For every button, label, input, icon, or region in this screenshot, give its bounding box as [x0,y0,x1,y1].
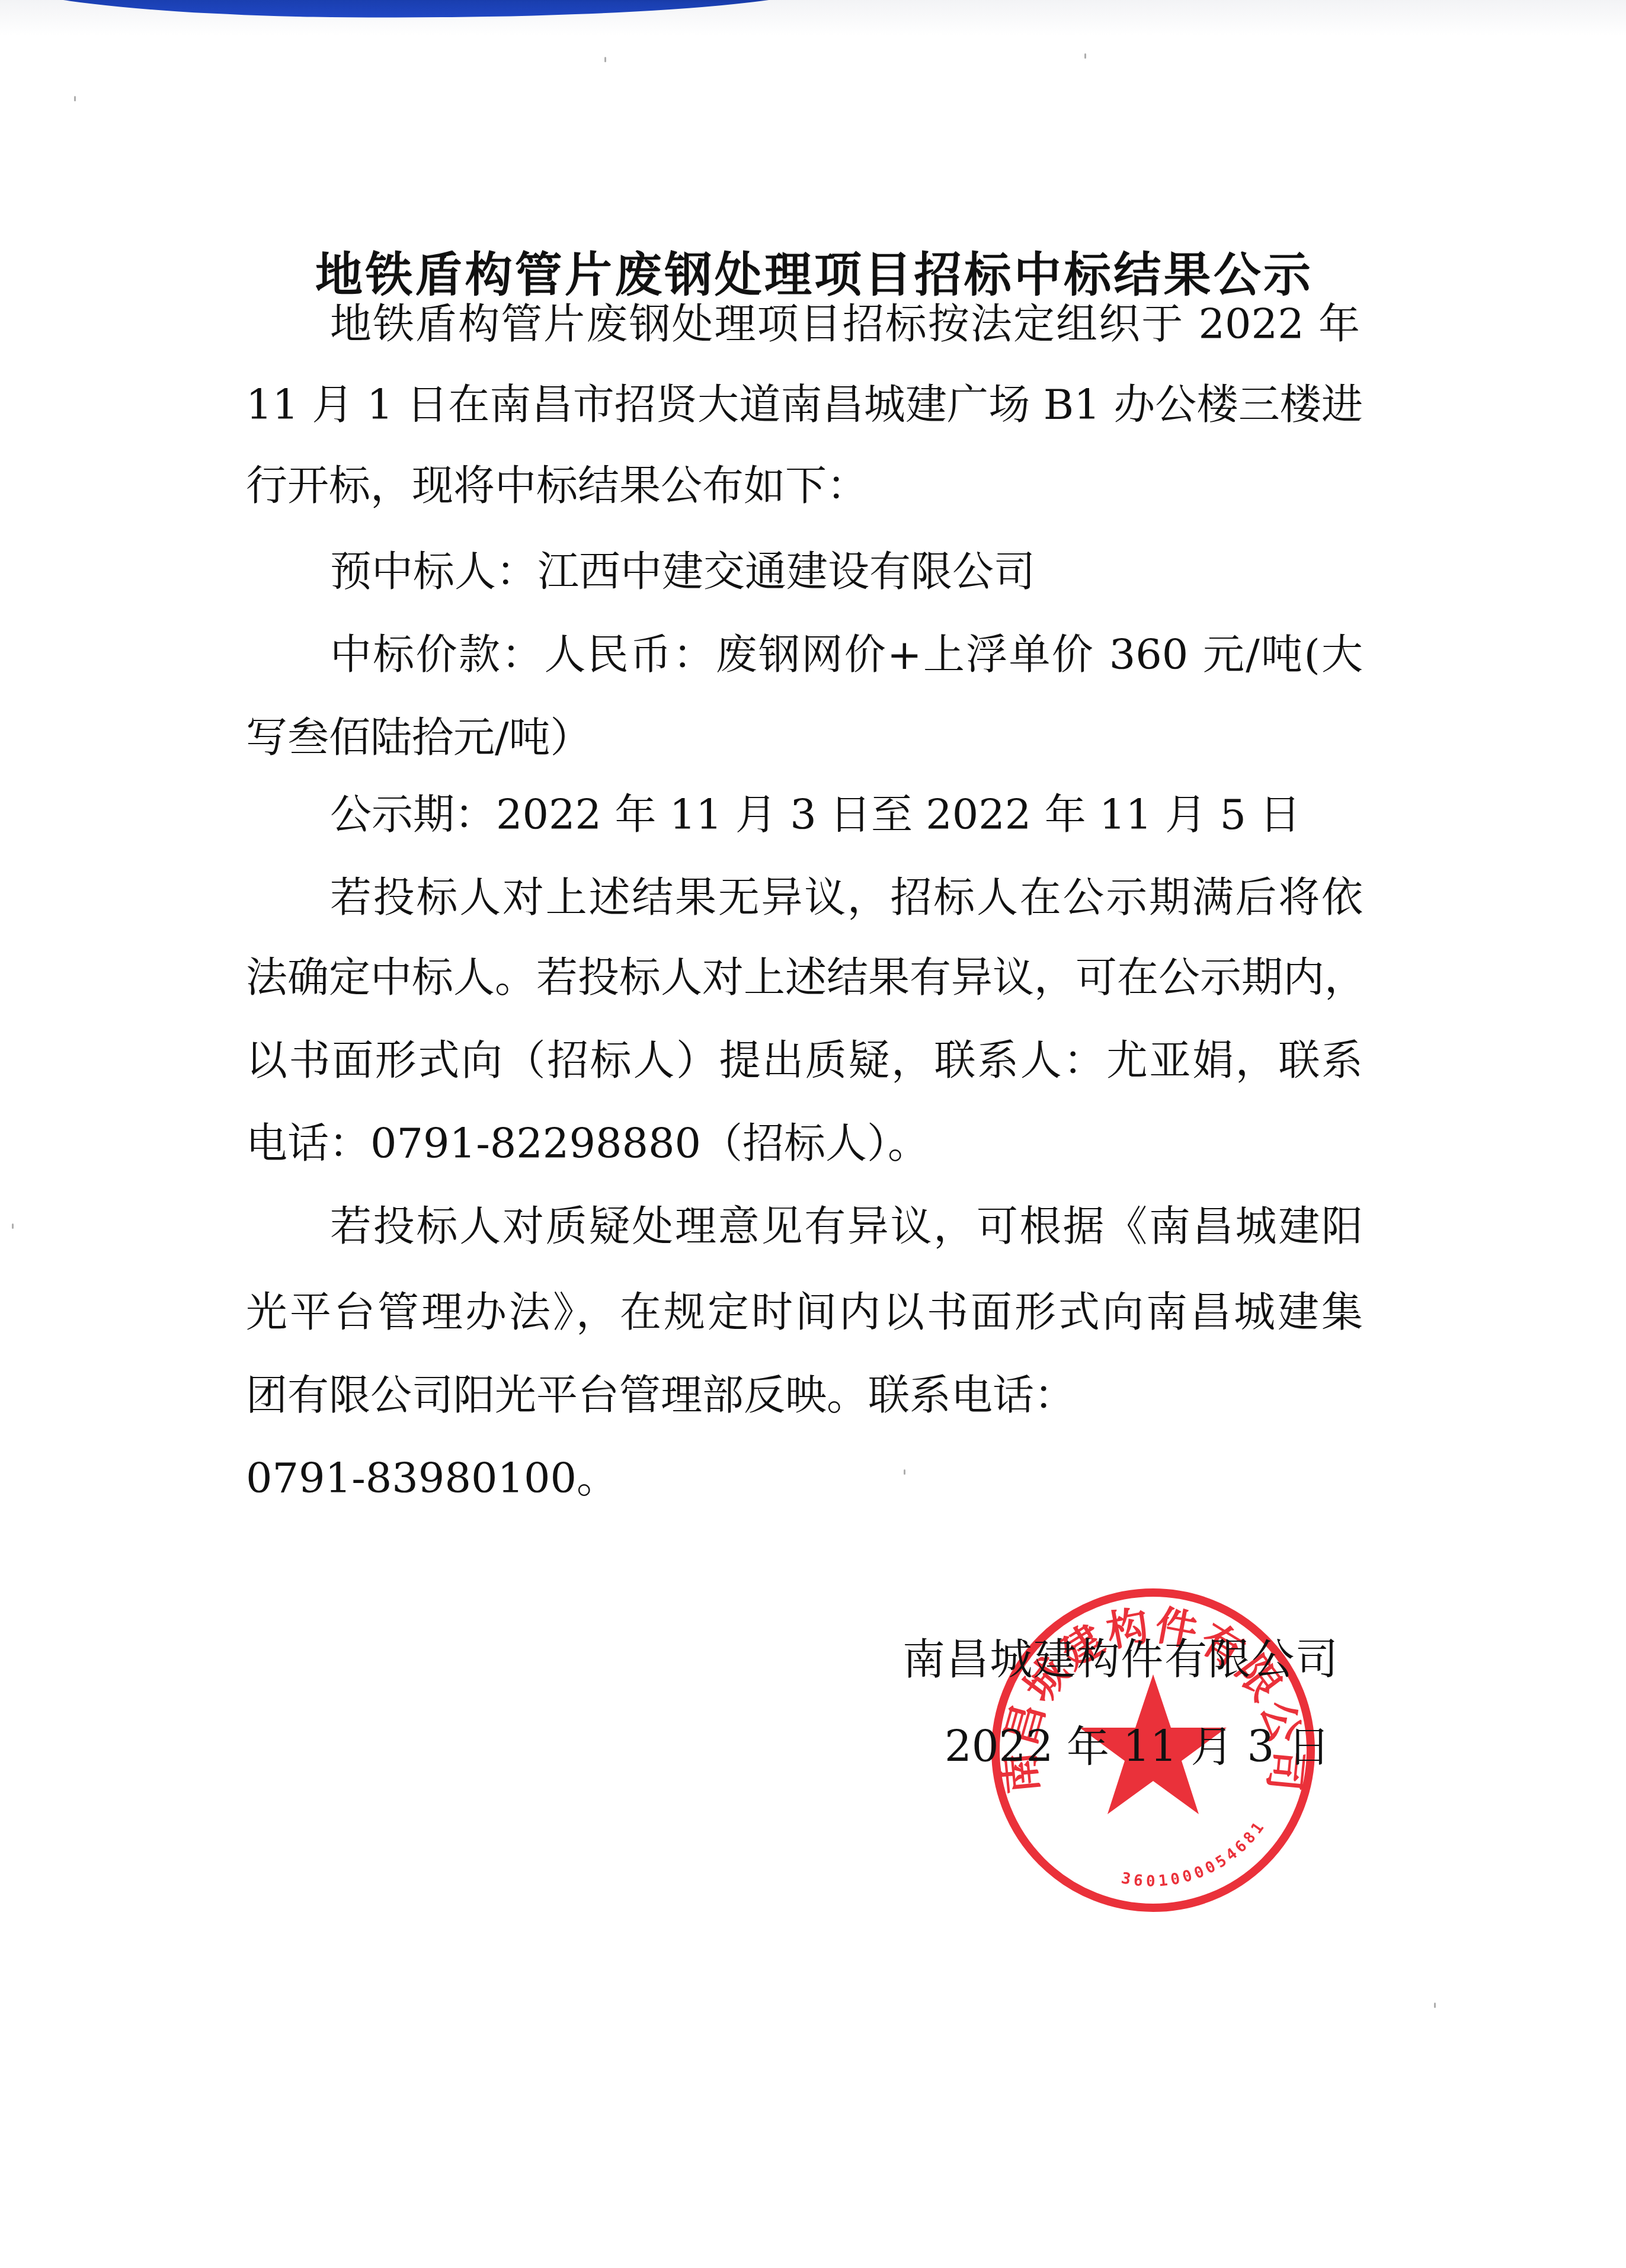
contact-phone-line: 电话：0791-82298880（招标人）。 [246,1120,929,1167]
paragraph-line: 法确定中标人。若投标人对上述结果有异议，可在公示期内， [246,954,1363,1001]
scan-speck [604,57,606,62]
paragraph-line: 以书面形式向（招标人）提出质疑，联系人：尤亚娟，联系 [246,1037,1363,1084]
paragraph-line: 团有限公司阳光平台管理部反映。联系电话： [246,1372,1076,1419]
document-title: 地铁盾构管片废钢处理项目招标中标结果公示 [315,248,1311,302]
paragraph-line: 11 月 1 日在南昌市招贤大道南昌城建广场 B1 办公楼三楼进 [246,381,1363,428]
scan-speck [74,96,76,101]
paragraph-line: 若投标人对上述结果无异议，招标人在公示期满后将依 [330,874,1363,921]
platform-phone-line: 0791-83980100。 [246,1455,618,1502]
signature-date: 2022 年 11 月 3 日 [945,1722,1280,1772]
scan-speck [1084,53,1086,59]
signature-company: 南昌城建构件有限公司 [902,1634,1338,1684]
scan-speck [1434,2003,1436,2008]
scan-speck [12,1223,14,1229]
paragraph-line: 若投标人对质疑处理意见有异议，可根据《南昌城建阳 [330,1203,1363,1250]
bid-price-line: 写叁佰陆拾元/吨） [246,714,592,761]
winning-bidder-line: 预中标人：江西中建交通建设有限公司 [330,548,1035,595]
paragraph-line: 行开标，现将中标结果公布如下： [246,462,868,510]
scan-speck [904,1469,905,1475]
paragraph-line: 地铁盾构管片废钢处理项目招标按法定组织于 2022 年 [330,300,1360,348]
paragraph-line: 光平台管理办法》，在规定时间内以书面形式向南昌城建集 [246,1289,1363,1336]
publicity-period-line: 公示期：2022 年 11 月 3 日至 2022 年 11 月 5 日 [330,791,1301,838]
bid-price-line: 中标价款：人民币：废钢网价+上浮单价 360 元/吨(大 [330,631,1363,678]
